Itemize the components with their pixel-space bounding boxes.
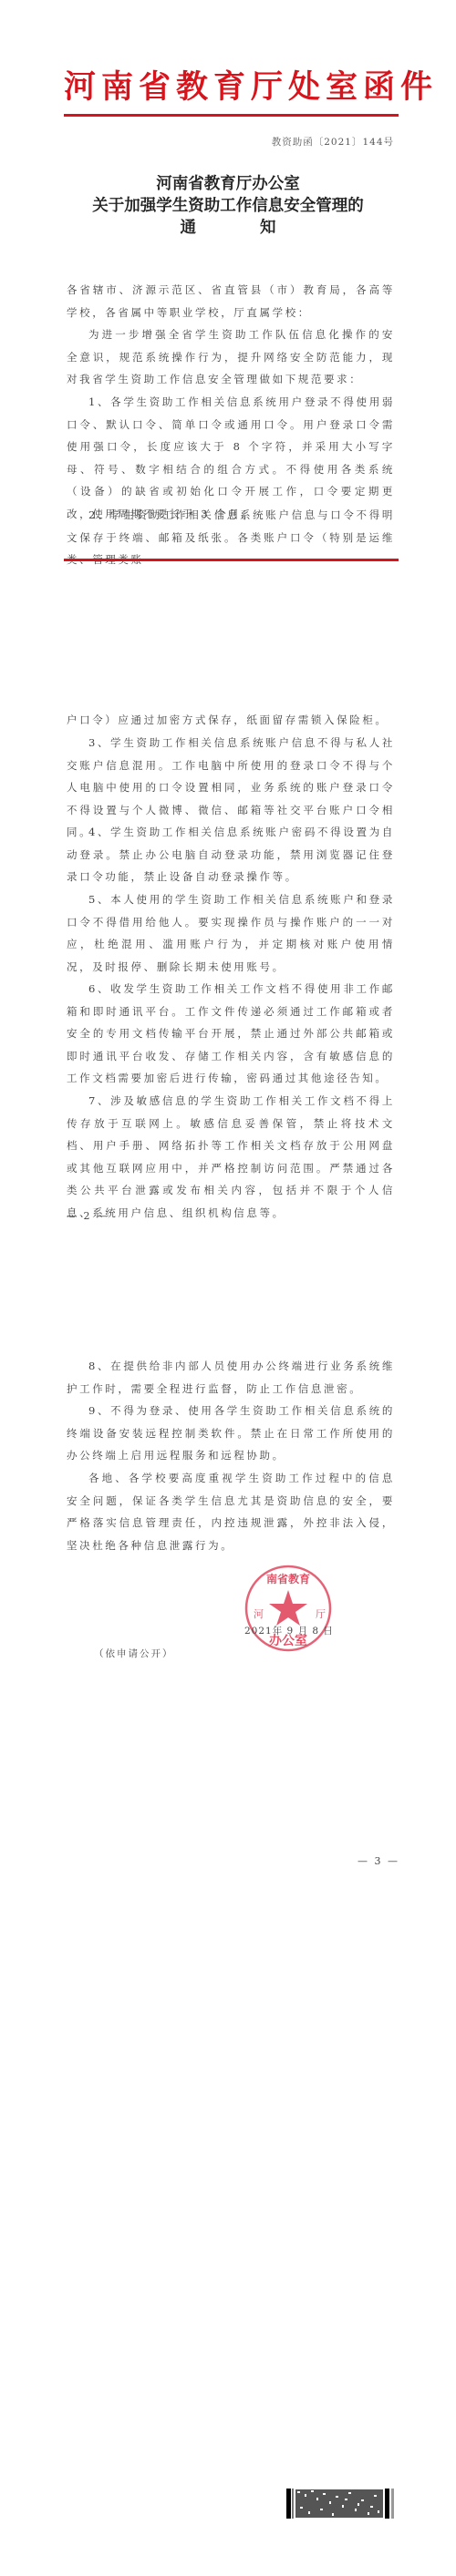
official-seal-icon: 南省教育 河 厅 办公室 (243, 1563, 334, 1654)
barcode-icon (286, 2489, 396, 2519)
disclosure-note: （依申请公开） (94, 1647, 174, 1660)
masthead-divider (64, 114, 399, 117)
item-4: 4、学生资助工作相关信息系统账户密码不得设置为自动登录。禁止办公电脑自动登录功能… (67, 821, 395, 888)
svg-text:南省教育: 南省教育 (266, 1572, 310, 1586)
svg-text:厅: 厅 (316, 1608, 326, 1620)
item-6: 6、收发学生资助工作相关工作文档不得使用非工作邮箱和即时通讯平台。工作文件传递必… (67, 978, 395, 1090)
masthead-title: 河南省教育厅处室函件 (64, 69, 392, 106)
intro-paragraph: 为进一步增强全省学生资助工作队伍信息化操作的安全意识，规范系统操作行为，提升网络… (67, 323, 395, 391)
item-8: 8、在提供给非内部人员使用办公终端进行业务系统维护工作时，需要全程进行监督，防止… (67, 1355, 395, 1400)
item-5: 5、本人使用的学生资助工作相关信息系统账户和登录口令不得借用给他人。要实现操作员… (67, 888, 395, 978)
addressees: 各省辖市、济源示范区、省直管县（市）教育局，各高等学校，各省属中等职业学校，厅直… (67, 279, 395, 323)
item-9: 9、不得为登录、使用各学生资助工作相关信息系统的终端设备安装远程控制类软件。禁止… (67, 1400, 395, 1467)
svg-text:河: 河 (254, 1608, 264, 1620)
item-2-continued: 户口令）应通过加密方式保存，纸面留存需锁入保险柜。 (67, 709, 395, 732)
page-break-divider (64, 559, 399, 561)
issue-date: 2021年 9 月 8 日 (244, 1624, 334, 1637)
document-number: 教资助函〔2021〕144号 (272, 135, 394, 149)
title-line-2: 关于加强学生资助工作信息安全管理的 (55, 195, 401, 217)
page-number-3: — 3 — (358, 1855, 399, 1867)
title-line-1: 河南省教育厅办公室 (55, 173, 401, 195)
document-title: 河南省教育厅办公室 关于加强学生资助工作信息安全管理的 通知 (55, 173, 401, 239)
page-number-2: — 2 — (67, 1210, 109, 1222)
title-line-3: 通知 (55, 217, 401, 239)
item-7: 7、涉及敏感信息的学生资助工作相关工作文档不得上传存放于互联网上。敏感信息妥善保… (67, 1090, 395, 1224)
closing-paragraph: 各地、各学校要高度重视学生资助工作过程中的信息安全问题，保证各类学生信息尤其是资… (67, 1467, 395, 1556)
